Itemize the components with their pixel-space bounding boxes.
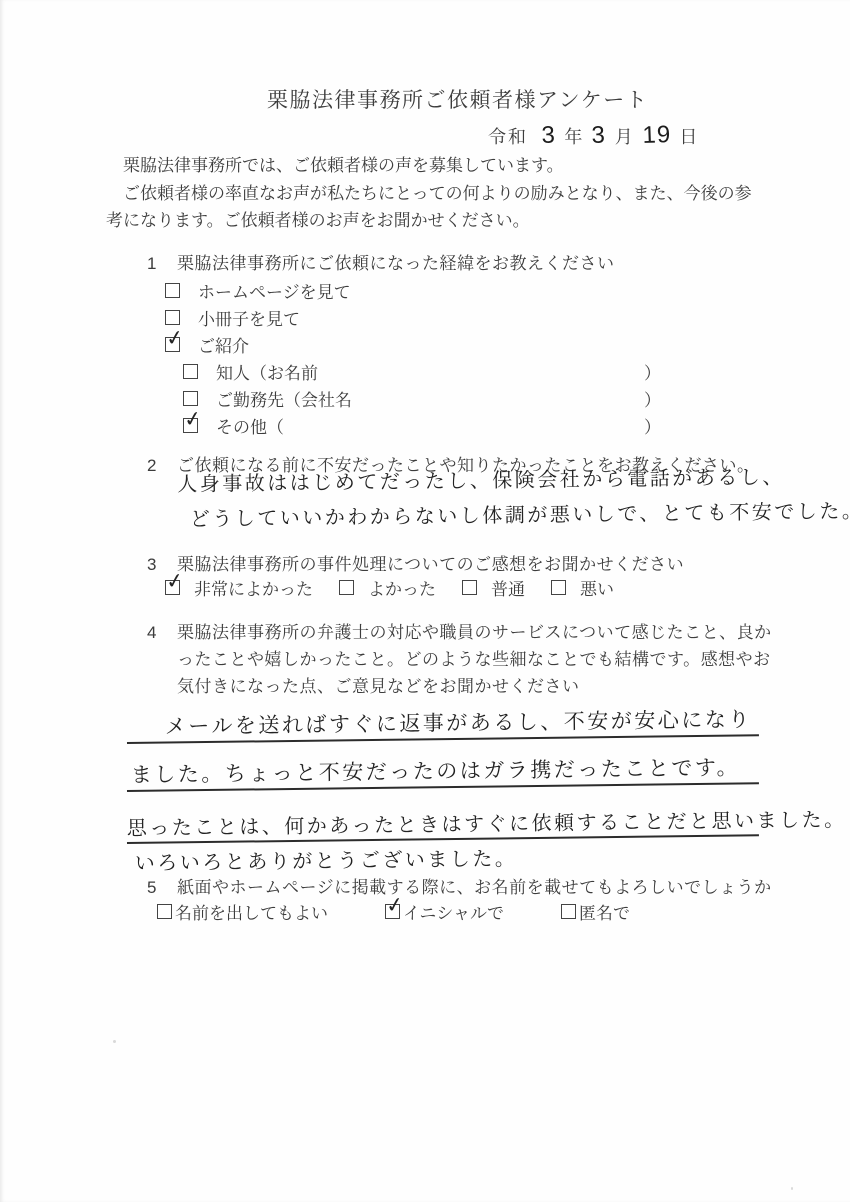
- page-title: 栗脇法律事務所ご依頼者様アンケート: [267, 84, 648, 114]
- question-1-number: 1: [147, 250, 177, 277]
- option-label: よかった: [368, 575, 436, 600]
- closing-paren: ）: [644, 386, 661, 411]
- question-2-handwritten-answer: 人身事故ははじめてだったし、保険会社から電話があるし、 どうしていいかわからない…: [177, 460, 850, 538]
- option-bad: ✓ 悪い: [551, 575, 614, 600]
- closing-paren: ）: [644, 359, 661, 384]
- option-real-name-ok: ✓ 名前を出してもよい: [157, 899, 328, 924]
- option-label: ホームページを見て: [198, 278, 351, 303]
- option-label: 小冊子を見て: [198, 305, 300, 330]
- option-label: ご勤務先（会社名: [216, 386, 352, 411]
- option-average: ✓ 普通: [462, 575, 551, 600]
- checkmark-icon: ✓: [165, 327, 185, 350]
- question-3-text: 栗脇法律事務所の事件処理についてのご感想をお聞かせください: [177, 551, 777, 578]
- scan-speckle: [113, 1040, 116, 1043]
- month-value-handwritten: 3: [591, 122, 606, 150]
- option-very-good: ✓ 非常によかった: [165, 575, 339, 600]
- checkbox-homepage[interactable]: ✓: [165, 283, 180, 298]
- question-3-heading: 3 栗脇法律事務所の事件処理についてのご感想をお聞かせください: [147, 551, 777, 578]
- checkbox-very-good[interactable]: ✓: [165, 580, 180, 595]
- checkbox-acquaintance[interactable]: ✓: [183, 364, 198, 379]
- scan-speckle: [791, 1187, 793, 1190]
- question-3-options: ✓ 非常によかった ✓ よかった ✓ 普通 ✓ 悪い: [165, 575, 614, 600]
- closing-paren: ）: [644, 413, 661, 438]
- question-5-options: ✓ 名前を出してもよい ✓ イニシャルで ✓ 匿名で: [157, 899, 630, 924]
- checkbox-real-name[interactable]: ✓: [157, 904, 172, 919]
- question-4-heading: 4 栗脇法律事務所の弁護士の対応や職員のサービスについて感じたこと、良かったこと…: [147, 619, 772, 700]
- question-4-handwritten-answer: メールを送ればすぐに返事があるし、不安が安心になり ました。ちょっと不安だったの…: [127, 697, 759, 880]
- question-1-heading: 1 栗脇法律事務所にご依頼になった経緯をお教えください: [147, 250, 767, 277]
- checkmark-icon: ✓: [385, 894, 405, 917]
- checkmark-icon: ✓: [183, 408, 203, 431]
- option-referral: ✓ ご紹介: [165, 331, 661, 358]
- question-4-text: 栗脇法律事務所の弁護士の対応や職員のサービスについて感じたこと、良かったことや嬉…: [177, 619, 772, 700]
- handwritten-line-ruled: ました。ちょっと不安だったのはガラ携だったことです。: [126, 736, 759, 792]
- question-5-number: 5: [147, 874, 177, 901]
- year-unit: 年: [564, 123, 584, 149]
- date-line: 令和 3 年 3 月 19 日: [488, 122, 707, 150]
- option-homepage: ✓ ホームページを見て: [165, 277, 661, 304]
- option-label: 普通: [491, 575, 525, 600]
- checkbox-bad[interactable]: ✓: [551, 580, 566, 595]
- era-label: 令和: [488, 123, 528, 149]
- checkbox-other[interactable]: ✓: [183, 418, 198, 433]
- checkbox-booklet[interactable]: ✓: [165, 310, 180, 325]
- question-5-text: 紙面やホームページに掲載する際に、お名前を載せてもよろしいでしょうか: [177, 874, 787, 901]
- handwritten-line-ruled: メールを送ればすぐに返事があるし、不安が安心になり: [126, 689, 759, 744]
- option-label: 悪い: [580, 575, 614, 600]
- option-label: イニシャルで: [403, 899, 504, 924]
- handwritten-text: 思ったことは、何かあったときはすぐに依頼することだと思いました。: [127, 803, 847, 841]
- option-label: 名前を出してもよい: [175, 899, 328, 924]
- option-good: ✓ よかった: [339, 575, 462, 600]
- checkbox-initials[interactable]: ✓: [385, 904, 400, 919]
- day-value-handwritten: 19: [642, 121, 672, 150]
- handwritten-text: いろいろとありがとうございました。: [135, 842, 518, 876]
- checkbox-workplace[interactable]: ✓: [183, 391, 198, 406]
- month-unit: 月: [615, 123, 635, 149]
- option-other: ✓ その他（ ）: [183, 412, 661, 439]
- handwritten-line: どうしていいかわからないし体調が悪いしで、とても不安でした。: [190, 495, 850, 538]
- intro-text: 栗脇法律事務所では、ご依頼者様の声を募集しています。 ご依頼者様の率直なお声が私…: [106, 152, 758, 235]
- option-label: 匿名で: [579, 899, 630, 924]
- handwritten-line-ruled: 思ったことは、何かあったときはすぐに依頼することだと思いました。: [126, 784, 759, 844]
- option-label: 知人（お名前: [216, 359, 318, 384]
- day-unit: 日: [679, 123, 699, 149]
- checkmark-icon: ✓: [165, 570, 185, 593]
- intro-paragraph-2: ご依頼者様の率直なお声が私たちにとっての何よりの励みとなり、また、今後の参考にな…: [106, 180, 758, 235]
- option-label: 非常によかった: [194, 575, 313, 600]
- question-4-number: 4: [147, 619, 177, 700]
- intro-paragraph-1: 栗脇法律事務所では、ご依頼者様の声を募集しています。: [106, 152, 758, 180]
- question-2-number: 2: [147, 452, 177, 479]
- checkbox-anonymous[interactable]: ✓: [561, 904, 576, 919]
- checkbox-average[interactable]: ✓: [462, 580, 477, 595]
- handwritten-text: ました。ちょっと不安だったのはガラ携だったことです。: [131, 752, 741, 789]
- option-booklet: ✓ 小冊子を見て: [165, 304, 661, 331]
- option-label: その他（: [216, 413, 284, 438]
- question-1-text: 栗脇法律事務所にご依頼になった経緯をお教えください: [177, 250, 767, 277]
- option-workplace: ✓ ご勤務先（会社名 ）: [183, 385, 661, 412]
- checkbox-referral[interactable]: ✓: [165, 337, 180, 352]
- option-anonymous: ✓ 匿名で: [561, 899, 630, 924]
- option-acquaintance: ✓ 知人（お名前 ）: [183, 358, 661, 385]
- handwritten-text: メールを送ればすぐに返事があるし、不安が安心になり: [165, 703, 752, 740]
- checkbox-good[interactable]: ✓: [339, 580, 354, 595]
- question-1-options: ✓ ホームページを見て ✓ 小冊子を見て ✓ ご紹介 ✓ 知人（お名前 ） ✓ …: [165, 277, 661, 439]
- year-value-handwritten: 3: [541, 122, 556, 150]
- option-initials: ✓ イニシャルで: [385, 899, 504, 924]
- question-5-heading: 5 紙面やホームページに掲載する際に、お名前を載せてもよろしいでしょうか: [147, 874, 787, 901]
- scanned-questionnaire-page: 栗脇法律事務所ご依頼者様アンケート 令和 3 年 3 月 19 日 栗脇法律事務…: [0, 0, 850, 1202]
- option-label: ご紹介: [198, 332, 249, 357]
